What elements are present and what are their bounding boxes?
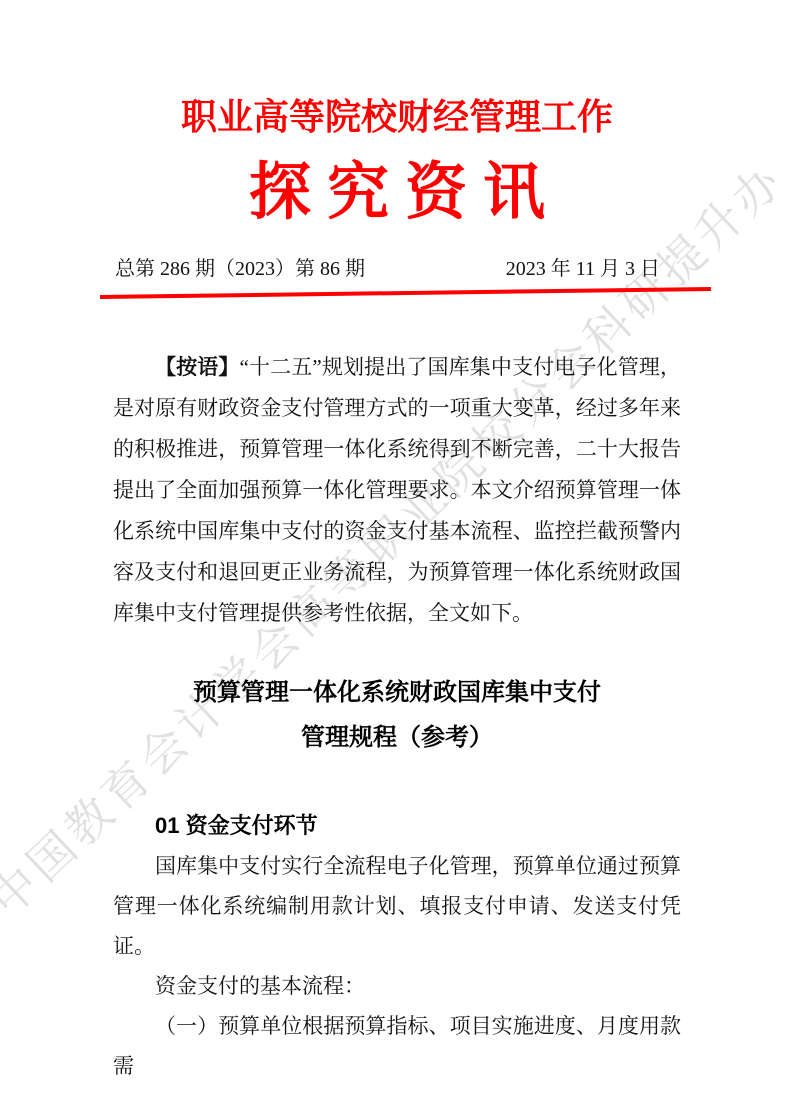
issue-date: 2023 年 11 月 3 日 (506, 255, 660, 283)
editors-note-label: 【按语】 (155, 356, 240, 379)
document-body: 【按语】“十二五”规划提出了国库集中支付电子化管理，是对原有财政资金支付管理方式… (0, 347, 794, 1086)
editors-note-text: “十二五”规划提出了国库集中支付电子化管理，是对原有财政资金支付管理方式的一项重… (113, 355, 681, 625)
document-page: 中国教育会计学会高等职业院校分会科研提升办 职业高等院校财经管理工作 探究资讯 … (0, 0, 794, 1108)
masthead-divider-line (100, 287, 711, 299)
issue-row: 总第 286 期（2023）第 86 期 2023 年 11 月 3 日 (115, 255, 660, 283)
article-title-line1: 预算管理一体化系统财政国库集中支付 (193, 679, 601, 706)
masthead-supertitle: 职业高等院校财经管理工作 (0, 95, 794, 138)
masthead: 职业高等院校财经管理工作 探究资讯 总第 286 期（2023）第 86 期 2… (0, 95, 794, 283)
article-title-line2: 管理规程（参考） (301, 724, 493, 751)
paragraph-payment-process: 国库集中支付实行全流程电子化管理，预算单位通过预算管理一体化系统编制用款计划、填… (113, 846, 681, 966)
issue-number: 总第 286 期（2023）第 86 期 (115, 255, 365, 283)
paragraph-step-one: （一）预算单位根据预算指标、项目实施进度、月度用款需 (113, 1006, 681, 1086)
masthead-title: 探究资讯 (0, 156, 794, 227)
paragraph-basic-flow-lead: 资金支付的基本流程： (113, 966, 681, 1006)
section-heading-01: 01 资金支付环节 (113, 806, 681, 846)
editors-note: 【按语】“十二五”规划提出了国库集中支付电子化管理，是对原有财政资金支付管理方式… (113, 347, 681, 634)
article-title: 预算管理一体化系统财政国库集中支付 管理规程（参考） (113, 670, 681, 760)
